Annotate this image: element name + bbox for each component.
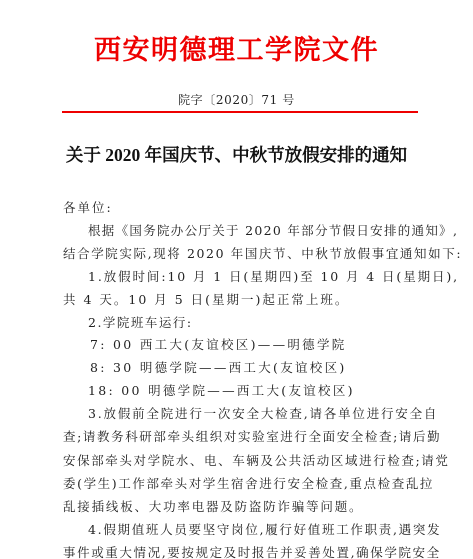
document-issuer-title: 西安明德理工学院文件 xyxy=(0,30,473,70)
bus-schedule-line: 7: 00 西工大(友谊校区)——明德学院 xyxy=(90,336,347,354)
body-line: 根据《国务院办公厅关于 2020 年部分节假日安排的通知》, xyxy=(88,222,458,240)
body-line: 委(学生)工作部牵头对学生宿舍进行安全检查,重点检查乱拉 xyxy=(63,475,434,493)
body-line: 查;请教务科研部牵头组织对实验室进行全面安全检查;请后勤 xyxy=(63,428,441,446)
document-number: 院字〔2020〕71 号 xyxy=(0,92,473,108)
bus-schedule-line: 18: 00 明德学院——西工大(友谊校区) xyxy=(88,382,355,400)
body-line: 事件或重大情况,要按规定及时报告并妥善处置,确保学院安全 xyxy=(63,544,441,559)
body-line: 2.学院班车运行: xyxy=(88,314,193,332)
body-line: 共 4 天。10 月 5 日(星期一)起正常上班。 xyxy=(63,291,349,309)
red-divider-line xyxy=(62,111,418,113)
body-line: 乱接插线板、大功率电器及防盗防诈骗等问题。 xyxy=(63,498,363,516)
body-line: 1.放假时间:10 月 1 日(星期四)至 10 月 4 日(星期日), xyxy=(88,268,459,286)
bus-schedule-line: 8: 30 明德学院——西工大(友谊校区) xyxy=(90,359,347,377)
body-line: 安保部牵头对学院水、电、车辆及公共活动区域进行检查;请党 xyxy=(63,452,450,470)
body-line: 结合学院实际,现将 2020 年国庆节、中秋节放假事宜通知如下: xyxy=(63,245,462,263)
salutation: 各单位: xyxy=(63,199,113,217)
body-line: 4.假期值班人员要坚守岗位,履行好值班工作职责,遇突发 xyxy=(88,521,441,539)
notice-title: 关于 2020 年国庆节、中秋节放假安排的通知 xyxy=(0,143,473,167)
body-line: 3.放假前全院进行一次安全大检查,请各单位进行安全自 xyxy=(88,405,438,423)
